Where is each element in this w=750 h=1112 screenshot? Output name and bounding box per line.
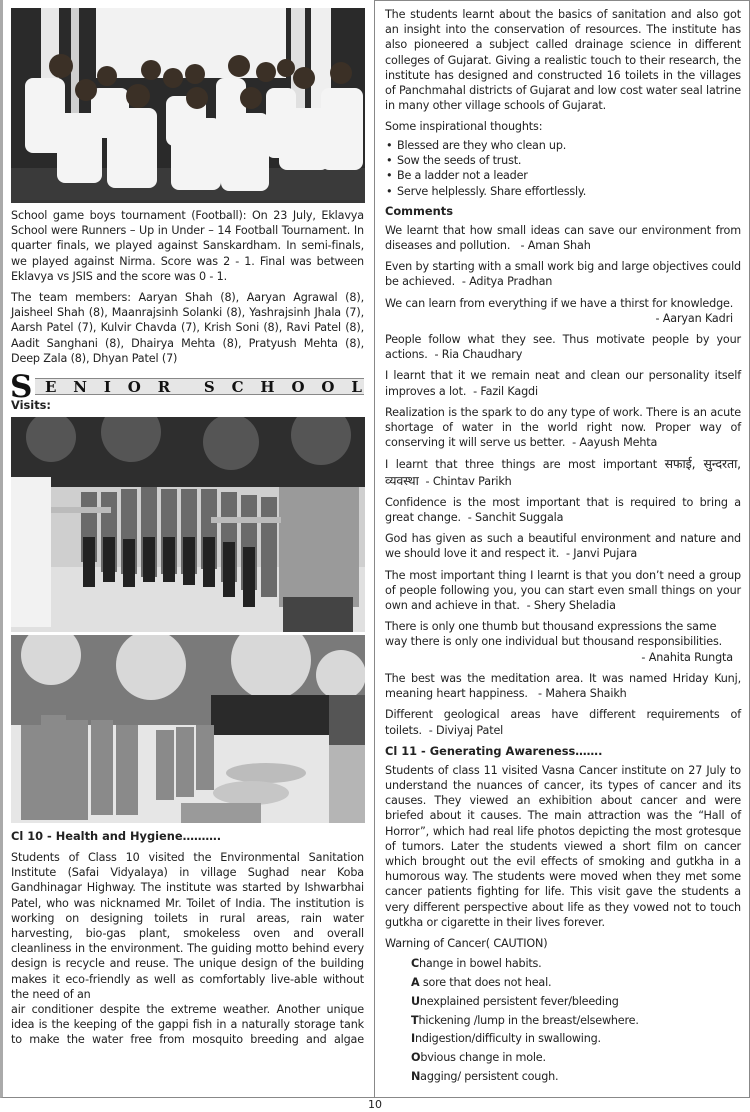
comment-item: Confidence is the most important that is… — [385, 495, 741, 525]
comment-item: I learnt that it we remain neat and clea… — [385, 368, 741, 398]
banner-letter: O — [321, 378, 334, 396]
warning-heading: Warning of Cancer( CAUTION) — [385, 936, 741, 951]
sanitation-paragraph: The students learnt about the basics of … — [385, 7, 741, 113]
comment-item: People follow what they see. Thus motiva… — [385, 332, 741, 362]
banner-letter: N — [73, 378, 87, 396]
visit-photo-tanks — [11, 635, 365, 823]
warning-item: A sore that does not heal. — [411, 974, 741, 993]
health-paragraph-2: air conditioner despite the extreme weat… — [11, 1002, 364, 1048]
banner-letter: H — [260, 378, 274, 396]
thoughts-intro: Some inspirational thoughts: — [385, 119, 741, 134]
comment-author: - Fazil Kagdi — [473, 385, 538, 398]
comment-item: Different geological areas have differen… — [385, 707, 741, 737]
comment-author: - Aayush Mehta — [572, 436, 657, 449]
warning-item: Unexplained persistent fever/bleeding — [411, 993, 741, 1012]
visit-photo-circle — [11, 417, 365, 632]
banner-letter: O — [291, 378, 304, 396]
banner-letter: O — [128, 378, 141, 396]
banner-letter: C — [232, 378, 244, 396]
comment-author: - Sanchit Suggala — [468, 511, 564, 524]
health-paragraph-1: Students of Class 10 visited the Environ… — [11, 850, 364, 1002]
page-number: 10 — [0, 1098, 750, 1112]
banner-strip: E N I O R S C H O O L — [35, 378, 364, 395]
comment-author: - Anahita Rungta — [385, 650, 741, 665]
warning-item: Thickening /lump in the breast/elsewhere… — [411, 1012, 741, 1031]
football-caption: School game boys tournament (Football): … — [11, 208, 364, 284]
newsletter-page: School game boys tournament (Football): … — [0, 0, 750, 1112]
warning-item: Obvious change in mole. — [411, 1049, 741, 1068]
comment-author: - Janvi Pujara — [566, 547, 637, 560]
comment-author: - Aman Shah — [521, 239, 591, 252]
comment-author: - Ria Chaudhary — [434, 348, 522, 361]
comment-author: - Chintav Parikh — [426, 475, 512, 488]
comments-heading: Comments — [385, 204, 741, 219]
awareness-heading: Cl 11 - Generating Awareness……. — [385, 744, 741, 759]
comment-item: We learnt that how small ideas can save … — [385, 223, 741, 253]
inspirational-thoughts-list: Blessed are they who clean up. Sow the s… — [385, 138, 741, 199]
awareness-paragraph: Students of class 11 visited Vasna Cance… — [385, 763, 741, 930]
health-heading: Cl 10 - Health and Hygiene………. — [11, 829, 364, 844]
cancer-warning-list: Change in bowel habits. A sore that does… — [411, 955, 741, 1087]
comment-item: The best was the meditation area. It was… — [385, 671, 741, 701]
comment-item: The most important thing I learnt is tha… — [385, 568, 741, 614]
banner-initial: S — [10, 370, 32, 404]
banner-letter: L — [351, 378, 362, 396]
thought-item: Blessed are they who clean up. — [385, 138, 741, 153]
banner-letter: E — [45, 378, 56, 396]
comment-author: - Diviyaj Patel — [429, 724, 503, 737]
banner-letter: S — [204, 378, 215, 396]
warning-item: Nagging/ persistent cough. — [411, 1068, 741, 1087]
right-column: The students learnt about the basics of … — [374, 0, 750, 1098]
comment-item: Realization is the spark to do any type … — [385, 405, 741, 451]
senior-school-banner: S E N I O R S C H O O L — [11, 372, 364, 402]
comment-item: We can learn from everything if we have … — [385, 296, 741, 326]
banner-letter: R — [158, 378, 170, 396]
banner-letter: I — [104, 378, 111, 396]
team-members: The team members: Aaryan Shah (8), Aarya… — [11, 290, 364, 366]
warning-item: Change in bowel habits. — [411, 955, 741, 974]
thought-item: Sow the seeds of trust. — [385, 153, 741, 168]
football-team-photo — [11, 8, 365, 203]
comment-author: - Aaryan Kadri — [385, 311, 741, 326]
comment-item: Even by starting with a small work big a… — [385, 259, 741, 289]
comment-item: There is only one thumb but thousand exp… — [385, 619, 741, 665]
comment-author: - Mahera Shaikh — [538, 687, 627, 700]
left-column: School game boys tournament (Football): … — [0, 0, 374, 1098]
thought-item: Be a ladder not a leader — [385, 168, 741, 183]
comment-author: - Shery Sheladia — [527, 599, 616, 612]
comment-item: God has given as such a beautiful enviro… — [385, 531, 741, 561]
comment-item: I learnt that three things are most impo… — [385, 456, 741, 488]
thought-item: Serve helplessly. Share effortlessly. — [385, 184, 741, 199]
warning-item: Indigestion/difficulty in swallowing. — [411, 1030, 741, 1049]
comment-author: - Aditya Pradhan — [462, 275, 552, 288]
